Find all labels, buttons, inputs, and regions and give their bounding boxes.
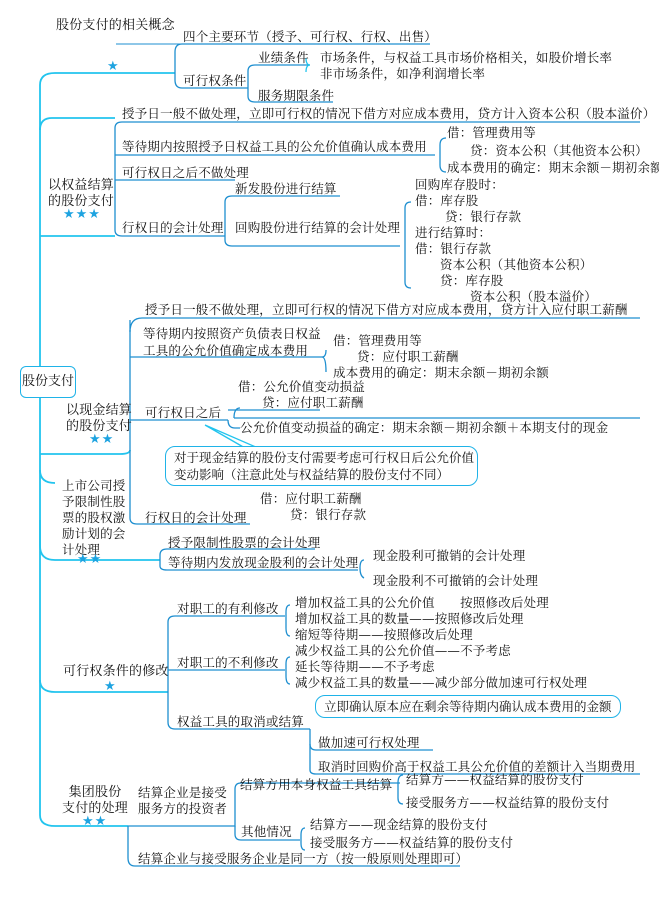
node-restricted-dividend[interactable]: 等待期内发放现金股利的会计处理 (168, 555, 359, 570)
node-restricted-grant[interactable]: 授予限制性股票的会计处理 (168, 535, 320, 550)
node-cash-exercise-dr[interactable]: 借：应付职工薪酬 (260, 491, 362, 506)
branch-modification-label[interactable]: 可行权条件的修改 (63, 664, 169, 680)
branch-group-label[interactable]: 集团股份 支付的处理 (62, 785, 128, 817)
node-unfavorable-item[interactable]: 延长等待期——不予考虑 (295, 659, 435, 674)
node-dividend-irrevocable[interactable]: 现金股利不可撤销的会计处理 (373, 573, 538, 588)
node-market-condition[interactable]: 市场条件，与权益工具市场价格相关，如股价增长率 (320, 50, 612, 65)
node-other-settler[interactable]: 结算方——现金结算的股份支付 (310, 817, 488, 832)
node-equity-waiting[interactable]: 等待期内按照授予日权益工具的公允价值确认成本费用 (122, 139, 427, 154)
node-unfavorable[interactable]: 对职工的不利修改 (177, 655, 279, 670)
branch-restricted-label[interactable]: 上市公司授 予限制性股 票的股权激 励计划的会 计处理 (62, 478, 126, 558)
node-equity-after-vest[interactable]: 可行权日之后不做处理 (122, 165, 249, 180)
node-cash-exercise[interactable]: 行权日的会计处理 (145, 510, 247, 525)
node-dividend-revocable[interactable]: 现金股利可撤销的会计处理 (373, 548, 525, 563)
node-cash-waiting[interactable]: 等待期内按照资产负债表日权益 工具的公允价值确定成本费用 (143, 325, 321, 359)
journal-line: 借：库存股 (415, 193, 479, 208)
journal-line: 回购库存股时： (415, 177, 504, 192)
node-favorable-item[interactable]: 增加权益工具的数量——按照修改后处理 (295, 611, 524, 626)
node-equity-cr[interactable]: 贷：资本公积（其他资本公积） (470, 143, 648, 158)
node-vesting-conditions[interactable]: 可行权条件 (183, 73, 247, 88)
node-favorable-item[interactable]: 缩短等待期——按照修改后处理 (295, 627, 473, 642)
journal-line: 借：银行存款 (415, 241, 491, 256)
node-other-receiver[interactable]: 接受服务方——权益结算的股份支付 (310, 835, 513, 850)
node-equity-cost[interactable]: 成本费用的确定：期末余额－期初余额 (447, 160, 659, 175)
journal-line: 贷：银行存款 (445, 209, 521, 224)
node-cash-cost[interactable]: 成本费用的确定：期末余额－期初余额 (333, 365, 549, 380)
star-icon: ★ (104, 680, 117, 693)
node-cash-dr[interactable]: 借：管理费用等 (333, 333, 422, 348)
node-other[interactable]: 其他情况 (241, 824, 292, 839)
journal-line: 资本公积（其他资本公积） (440, 257, 592, 272)
node-four-links[interactable]: 四个主要环节（授予、可行权、行权、出售） (183, 29, 437, 44)
node-unfavorable-item[interactable]: 减少权益工具的数量——减少部分做加速可行权处理 (295, 675, 587, 690)
cash-note-bubble[interactable]: 对于现金结算的股份支付需要考虑可行权日后公允价值 变动影响（注意此处与权益结算的… (165, 446, 478, 486)
node-equity-exercise[interactable]: 行权日的会计处理 (122, 220, 224, 235)
node-cancel[interactable]: 权益工具的取消或结算 (177, 714, 304, 729)
star-icon: ★★ (77, 553, 102, 566)
node-favorable-item[interactable]: 增加权益工具的公允价值 按照修改后处理 (295, 595, 549, 610)
node-unfavorable-item[interactable]: 减少权益工具的公允价值——不予考虑 (295, 643, 511, 658)
node-accelerate[interactable]: 做加速可行权处理 (318, 735, 420, 750)
node-performance-condition[interactable]: 业绩条件 (258, 50, 309, 65)
node-cash-exercise-cr[interactable]: 贷：银行存款 (290, 507, 366, 522)
star-icon: ★★ (82, 815, 107, 828)
star-icon: ★ (107, 60, 120, 73)
node-own-settler[interactable]: 结算方——权益结算的股份支付 (406, 772, 584, 787)
node-cash-grant-day[interactable]: 授予日一般不做处理，立即可行权的情况下借方对应成本费用，贷方计入应付职工薪酬 (145, 302, 628, 317)
node-equity-grant-day[interactable]: 授予日一般不做处理，立即可行权的情况下借方对应成本费用，贷方计入资本公积（股本溢… (122, 106, 655, 121)
node-equity-dr[interactable]: 借：管理费用等 (447, 125, 536, 140)
node-non-market-condition[interactable]: 非市场条件，如净利润增长率 (320, 66, 485, 81)
star-icon: ★★ (89, 433, 114, 446)
root-node[interactable]: 股份支付 (20, 366, 76, 398)
node-new-shares[interactable]: 新发股份进行结算 (235, 181, 337, 196)
node-investor[interactable]: 结算企业是接受 服务方的投资者 (138, 785, 227, 817)
journal-line: 贷：库存股 (440, 273, 504, 288)
node-cash-after-cr[interactable]: 贷：应付职工薪酬 (262, 395, 364, 410)
branch-equity-label[interactable]: 以权益结算 的股份支付 (48, 178, 114, 210)
node-cash-cr[interactable]: 贷：应付职工薪酬 (357, 349, 459, 364)
star-icon: ★★★ (63, 208, 101, 221)
node-same-party[interactable]: 结算企业与接受服务企业是同一方（按一般原则处理即可） (138, 851, 468, 866)
node-own-receiver[interactable]: 接受服务方——权益结算的股份支付 (406, 795, 609, 810)
branch-cash-label[interactable]: 以现金结算 的股份支付 (66, 403, 132, 435)
node-cash-determine[interactable]: 公允价值变动损益的确定：期末余额－期初余额＋本期支付的现金 (240, 420, 608, 435)
cancel-note-bubble[interactable]: 立即确认原本应在剩余等待期内确认成本费用的金额 (315, 695, 621, 718)
node-cash-after-vest[interactable]: 可行权日之后 (145, 405, 221, 420)
node-service-condition[interactable]: 服务期限条件 (258, 88, 334, 103)
node-buyback[interactable]: 回购股份进行结算的会计处理 (235, 220, 400, 235)
branch-concepts-label[interactable]: 股份支付的相关概念 (56, 18, 175, 34)
journal-line: 进行结算时： (415, 225, 491, 240)
node-cash-after-dr[interactable]: 借：公允价值变动损益 (238, 379, 365, 394)
node-own-equity[interactable]: 结算方用本身权益工具结算 (240, 777, 392, 792)
node-favorable[interactable]: 对职工的有利修改 (177, 601, 279, 616)
